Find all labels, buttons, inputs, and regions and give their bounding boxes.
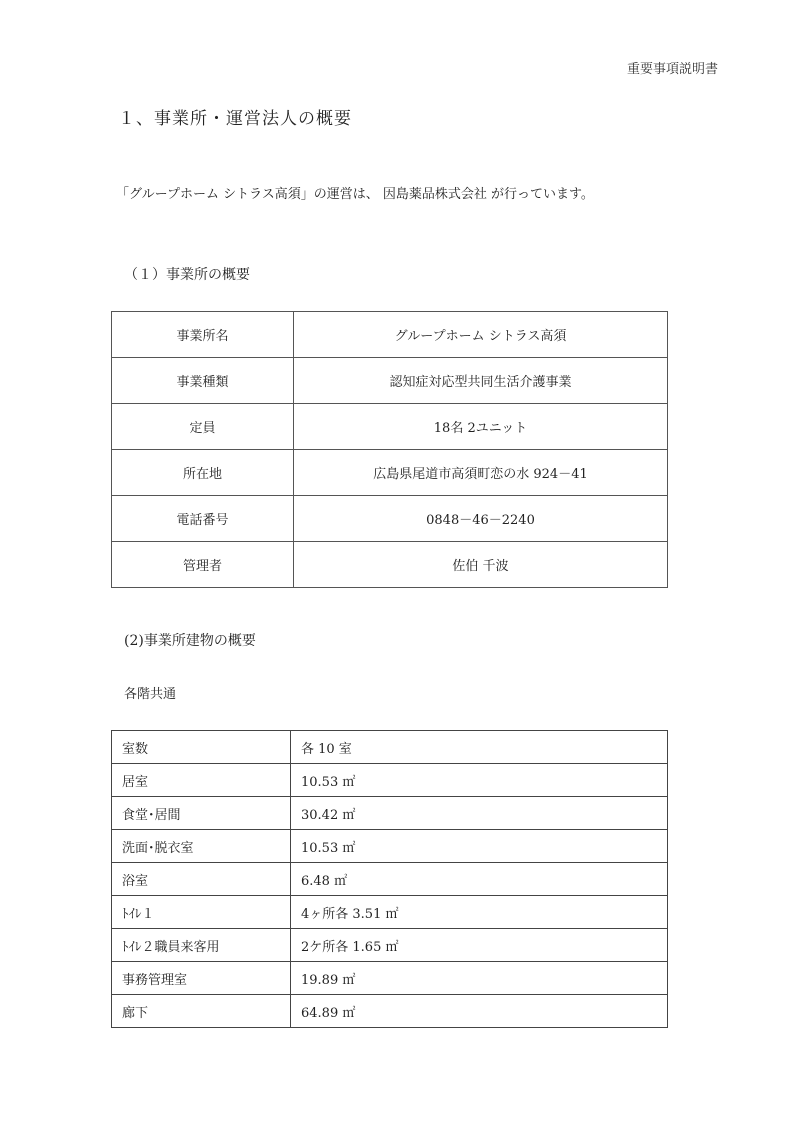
row-label: 事業所名 [112,312,294,358]
row-value: 64.89 ㎡ [291,995,668,1028]
table-row: 居室 10.53 ㎡ [112,764,668,797]
table-row: ﾄｲﾚ２職員来客用 2ケ所各 1.65 ㎡ [112,929,668,962]
row-value: 2ケ所各 1.65 ㎡ [291,929,668,962]
document-type-label: 重要事項説明書 [627,58,718,77]
table-row: 所在地 広島県尾道市高須町恋の水 924－41 [112,450,668,496]
row-label: 洗面･脱衣室 [112,830,291,863]
table-row: 管理者 佐伯 千波 [112,542,668,588]
building-overview-note: 各階共通 [124,683,176,702]
row-value: 4ヶ所各 3.51 ㎡ [291,896,668,929]
row-value: グループホーム シトラス高須 [294,312,668,358]
intro-text: 「グループホーム シトラス高須」の運営は、 因島薬品株式会社 が行っています。 [116,183,594,202]
table-row: 浴室 6.48 ㎡ [112,863,668,896]
row-value: 各 10 室 [291,731,668,764]
row-value: 10.53 ㎡ [291,830,668,863]
table-row: 事業所名 グループホーム シトラス高須 [112,312,668,358]
table-row: 廊下 64.89 ㎡ [112,995,668,1028]
row-label: ﾄｲﾚ１ [112,896,291,929]
row-value: 18名 2ユニット [294,404,668,450]
row-label: 管理者 [112,542,294,588]
row-label: ﾄｲﾚ２職員来客用 [112,929,291,962]
row-label: 浴室 [112,863,291,896]
table-row: 電話番号 0848－46－2240 [112,496,668,542]
row-value: 10.53 ㎡ [291,764,668,797]
row-label: 事務管理室 [112,962,291,995]
row-label: 事業種類 [112,358,294,404]
office-overview-table: 事業所名 グループホーム シトラス高須 事業種類 認知症対応型共同生活介護事業 … [111,311,668,588]
row-label: 定員 [112,404,294,450]
table-row: ﾄｲﾚ１ 4ヶ所各 3.51 ㎡ [112,896,668,929]
table-row: 食堂･居間 30.42 ㎡ [112,797,668,830]
table-row: 事業種類 認知症対応型共同生活介護事業 [112,358,668,404]
table-row: 洗面･脱衣室 10.53 ㎡ [112,830,668,863]
row-label: 電話番号 [112,496,294,542]
row-value: 6.48 ㎡ [291,863,668,896]
row-value: 30.42 ㎡ [291,797,668,830]
row-value: 認知症対応型共同生活介護事業 [294,358,668,404]
building-overview-heading: (2)事業所建物の概要 [124,630,256,650]
table-row: 定員 18名 2ユニット [112,404,668,450]
row-value: 19.89 ㎡ [291,962,668,995]
row-value: 広島県尾道市高須町恋の水 924－41 [294,450,668,496]
section-heading: １、事業所・運営法人の概要 [118,104,352,129]
row-label: 室数 [112,731,291,764]
row-value: 佐伯 千波 [294,542,668,588]
table-row: 室数 各 10 室 [112,731,668,764]
row-label: 廊下 [112,995,291,1028]
row-label: 食堂･居間 [112,797,291,830]
office-overview-heading: （１）事業所の概要 [124,264,250,284]
row-value: 0848－46－2240 [294,496,668,542]
table-row: 事務管理室 19.89 ㎡ [112,962,668,995]
building-overview-table: 室数 各 10 室 居室 10.53 ㎡ 食堂･居間 30.42 ㎡ 洗面･脱衣… [111,730,668,1028]
row-label: 居室 [112,764,291,797]
row-label: 所在地 [112,450,294,496]
